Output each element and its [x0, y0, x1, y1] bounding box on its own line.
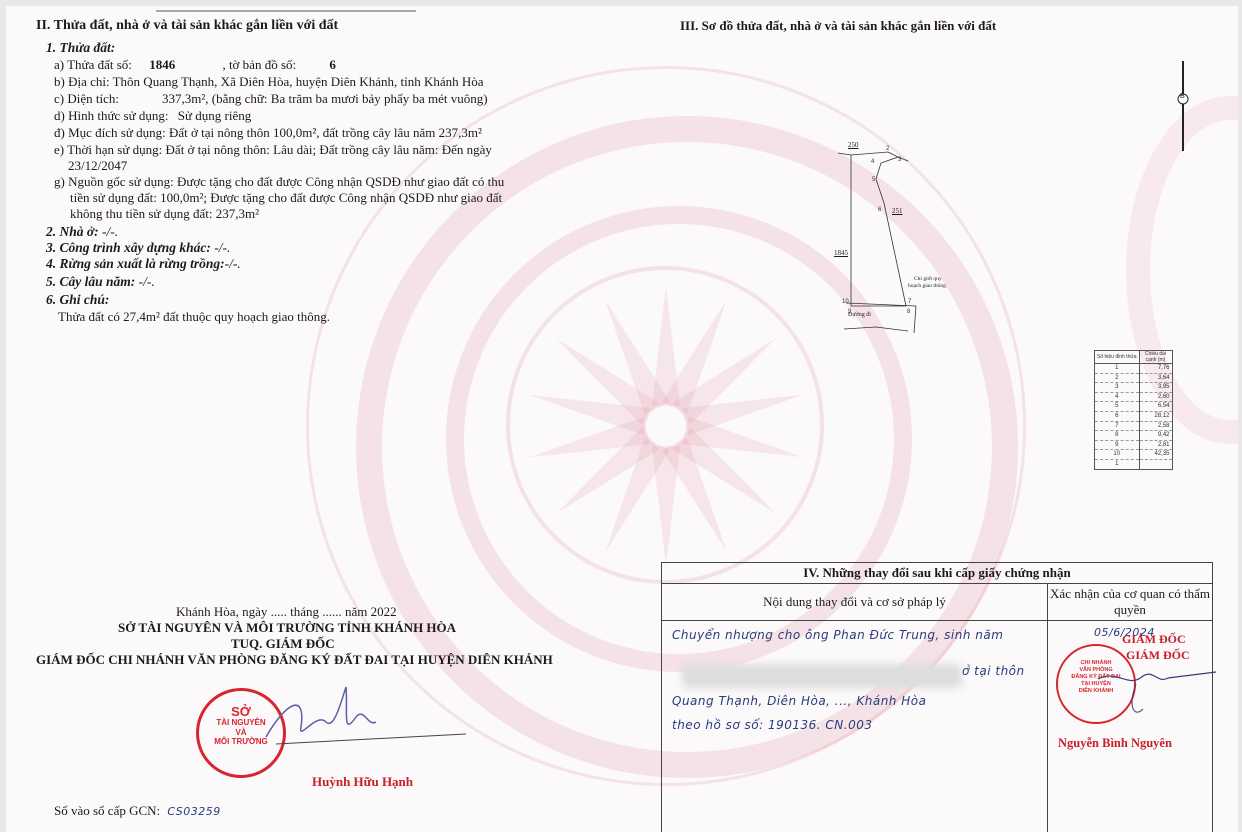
place-date: Khánh Hòa, ngày ..... tháng ...... năm 2…	[176, 604, 397, 619]
length-cell: 42,35	[1139, 450, 1172, 460]
svg-text:3: 3	[898, 157, 902, 163]
confirm-title-1: GIÁM ĐỐC	[1122, 632, 1186, 647]
issuing-agency: SỞ TÀI NGUYÊN VÀ MÔI TRƯỜNG TỈNH KHÁNH H…	[118, 620, 456, 636]
house-value: -/-.	[102, 224, 118, 239]
term-value: Đất ở tại nông thôn: Lâu dài; Đất trồng …	[166, 142, 492, 157]
note-heading: 6. Ghi chú:	[46, 292, 109, 308]
road-label: Đường đi	[848, 312, 871, 318]
edge-length-header: Số hiệu đỉnh thửa Chiều dài cạnh (m)	[1095, 351, 1173, 364]
north-symbol: B	[1180, 93, 1185, 100]
length-cell	[1139, 459, 1172, 469]
edge-length-row: 628,12	[1095, 411, 1173, 421]
area-value: 337,3m², (bằng chữ: Ba trăm ba mươi bảy …	[162, 91, 488, 106]
section4-title: IV. Những thay đổi sau khi cấp giấy chứn…	[662, 563, 1212, 584]
area-row: c) Diện tích:337,3m², (bằng chữ: Ba trăm…	[54, 91, 488, 106]
origin-label: g) Nguồn gốc sử dụng:	[54, 174, 174, 189]
edge-length-table: Số hiệu đỉnh thửa Chiều dài cạnh (m) 17,…	[1094, 350, 1173, 470]
signer-position: GIÁM ĐỐC CHI NHÁNH VĂN PHÒNG ĐĂNG KÝ ĐẤT…	[36, 652, 553, 668]
north-arrow-icon	[1171, 61, 1201, 151]
neighbor-north: 250	[848, 141, 859, 149]
confirm-signer: Nguyễn Bình Nguyên	[1058, 736, 1172, 751]
vertex-cell: 3	[1095, 383, 1140, 393]
edge-length-row: 33,95	[1095, 383, 1173, 393]
vertex-cell: 1	[1095, 364, 1140, 374]
usage-form-row: d) Hình thức sử dụng: Sử dụng riêng	[54, 108, 251, 123]
registry-row: Số vào sổ cấp GCN: CS03259	[54, 803, 221, 819]
planning-label-1: Chỉ giới quy	[914, 276, 942, 282]
edge-length-row: 56,54	[1095, 402, 1173, 412]
origin-line-3: không thu tiền sử dụng đất: 237,3m²	[70, 206, 259, 221]
svg-text:5: 5	[872, 177, 876, 183]
address-row: b) Địa chỉ: Thôn Quang Thạnh, Xã Diên Hò…	[54, 74, 484, 89]
vertex-cell: 5	[1095, 402, 1140, 412]
neighbor-east: 251	[892, 207, 903, 215]
signature-icon	[246, 682, 466, 762]
vertex-header: Số hiệu đỉnh thửa	[1095, 351, 1140, 364]
map-sheet-label: , tờ bản đồ số:	[222, 57, 296, 72]
length-cell: 6,54	[1139, 402, 1172, 412]
change-entry-line-1: Chuyển nhượng cho ông Phan Đức Trung, si…	[672, 628, 1003, 642]
planning-label-2: hoạch giao thông	[908, 283, 946, 289]
land-certificate-page: II. Thửa đất, nhà ở và tài sản khác gắn …	[6, 6, 1238, 832]
svg-text:8: 8	[907, 309, 911, 315]
vertex-cell: 9	[1095, 440, 1140, 450]
purpose-label: đ) Mục đích sử dụng:	[54, 125, 166, 140]
registry-label: Số vào sổ cấp GCN:	[54, 803, 160, 818]
svg-text:6: 6	[878, 207, 882, 213]
on-behalf-title: TUQ. GIÁM ĐỐC	[231, 636, 335, 652]
star-emblem-icon	[516, 276, 816, 576]
confirm-title-2: GIÁM ĐỐC	[1126, 648, 1190, 663]
vertex-cell: 1	[1095, 459, 1140, 469]
length-cell: 2,58	[1139, 421, 1172, 431]
origin-row: g) Nguồn gốc sử dụng: Được tặng cho đất …	[54, 174, 504, 189]
section3-title: III. Sơ đồ thửa đất, nhà ở và tài sản kh…	[680, 18, 996, 34]
length-cell: 7,76	[1139, 364, 1172, 374]
change-entry-line-3: Quang Thạnh, Diên Hòa, ..., Khánh Hòa	[672, 694, 926, 708]
confirm-signature-icon	[1088, 664, 1218, 724]
changes-content-header: Nội dung thay đổi và cơ sở pháp lý	[662, 584, 1047, 621]
parcel-row: a) Thửa đất số: 1846 , tờ bản đồ số: 6	[54, 57, 336, 72]
perennial-label: 5. Cây lâu năm:	[46, 274, 135, 289]
length-cell: 3,64	[1139, 373, 1172, 383]
origin-line-1: Được tặng cho đất được Công nhận QSDĐ nh…	[177, 174, 504, 189]
length-cell: 2,81	[1139, 440, 1172, 450]
purpose-row: đ) Mục đích sử dụng: Đất ở tại nông thôn…	[54, 125, 482, 140]
purpose-value: Đất ở tại nông thôn 100,0m², đất trồng c…	[169, 125, 482, 140]
note-text: Thửa đất có 27,4m² đất thuộc quy hoạch g…	[58, 309, 330, 324]
svg-text:2: 2	[886, 146, 890, 152]
usage-form-value: Sử dụng riêng	[178, 108, 252, 123]
other-construction-label: 3. Công trình xây dựng khác:	[46, 240, 211, 255]
map-sheet-number: 6	[329, 57, 336, 72]
changes-content-column: Nội dung thay đổi và cơ sở pháp lý Chuyể…	[662, 584, 1048, 832]
svg-text:7: 7	[908, 299, 912, 305]
length-cell: 9,42	[1139, 431, 1172, 441]
parcel-label: a) Thửa đất số:	[54, 57, 132, 72]
length-header: Chiều dài cạnh (m)	[1139, 351, 1172, 364]
edge-length-row: 89,42	[1095, 431, 1173, 441]
signer-name: Huỳnh Hữu Hạnh	[312, 774, 413, 790]
edge-length-row: 72,58	[1095, 421, 1173, 431]
perennial-row: 5. Cây lâu năm: -/-.	[46, 274, 155, 290]
svg-text:10: 10	[842, 299, 849, 305]
house-label: 2. Nhà ở:	[46, 224, 99, 239]
edge-length-row: 1	[1095, 459, 1173, 469]
parcel-number: 1846	[149, 57, 219, 72]
vertex-cell: 2	[1095, 373, 1140, 383]
vertex-cell: 4	[1095, 392, 1140, 402]
registry-number: CS03259	[167, 805, 220, 818]
change-entry-line-2: ở tại thôn	[962, 664, 1025, 678]
changes-table: IV. Những thay đổi sau khi cấp giấy chứn…	[661, 562, 1213, 832]
length-cell: 3,95	[1139, 383, 1172, 393]
area-label: c) Diện tích:	[54, 91, 162, 106]
other-construction-value: -/-.	[214, 240, 230, 255]
length-cell: 2,60	[1139, 392, 1172, 402]
forest-label: 4. Rừng sản xuất là rừng trồng:	[46, 256, 225, 271]
term-row: e) Thời hạn sử dụng: Đất ở tại nông thôn…	[54, 142, 492, 157]
edge-length-row: 1042,35	[1095, 450, 1173, 460]
house-row: 2. Nhà ở: -/-.	[46, 224, 118, 240]
redacted-area	[682, 664, 962, 688]
change-entry-line-4: theo hồ sơ số: 190136. CN.003	[672, 718, 872, 732]
origin-line-2: tiền sử dụng đất: 100,0m²; Được tặng cho…	[70, 190, 502, 205]
edge-length-row: 23,64	[1095, 373, 1173, 383]
term-date: 23/12/2047	[68, 158, 127, 173]
vertex-cell: 10	[1095, 450, 1140, 460]
other-construction-row: 3. Công trình xây dựng khác: -/-.	[46, 240, 230, 256]
scan-edge-line	[156, 10, 416, 12]
edge-length-row: 92,81	[1095, 440, 1173, 450]
land-heading: 1. Thửa đất:	[46, 40, 115, 56]
forest-value: -/-.	[225, 256, 241, 271]
vertex-cell: 6	[1095, 411, 1140, 421]
forest-row: 4. Rừng sản xuất là rừng trồng:-/-.	[46, 256, 241, 272]
changes-confirm-header: Xác nhận của cơ quan có thẩm quyền	[1048, 584, 1212, 621]
edge-length-row: 42,60	[1095, 392, 1173, 402]
parcel-shape-icon: 234 567 8910	[826, 131, 966, 351]
parcel-diagram: 234 567 8910 250 251 1845 Đường đi Chỉ g…	[826, 131, 966, 351]
address-value: Thôn Quang Thạnh, Xã Diên Hòa, huyện Diê…	[113, 74, 484, 89]
changes-confirm-column: Xác nhận của cơ quan có thẩm quyền 05/6/…	[1048, 584, 1212, 832]
length-cell: 28,12	[1139, 411, 1172, 421]
term-label: e) Thời hạn sử dụng:	[54, 142, 162, 157]
perennial-value: -/-.	[139, 274, 155, 289]
vertex-cell: 8	[1095, 431, 1140, 441]
address-label: b) Địa chỉ:	[54, 74, 110, 89]
north-arrow: B	[1171, 61, 1201, 151]
neighbor-west: 1845	[834, 249, 848, 257]
edge-length-row: 17,76	[1095, 364, 1173, 374]
section2-title: II. Thửa đất, nhà ở và tài sản khác gắn …	[36, 18, 338, 34]
vertex-cell: 7	[1095, 421, 1140, 431]
svg-text:4: 4	[871, 159, 875, 165]
usage-form-label: d) Hình thức sử dụng:	[54, 108, 168, 123]
